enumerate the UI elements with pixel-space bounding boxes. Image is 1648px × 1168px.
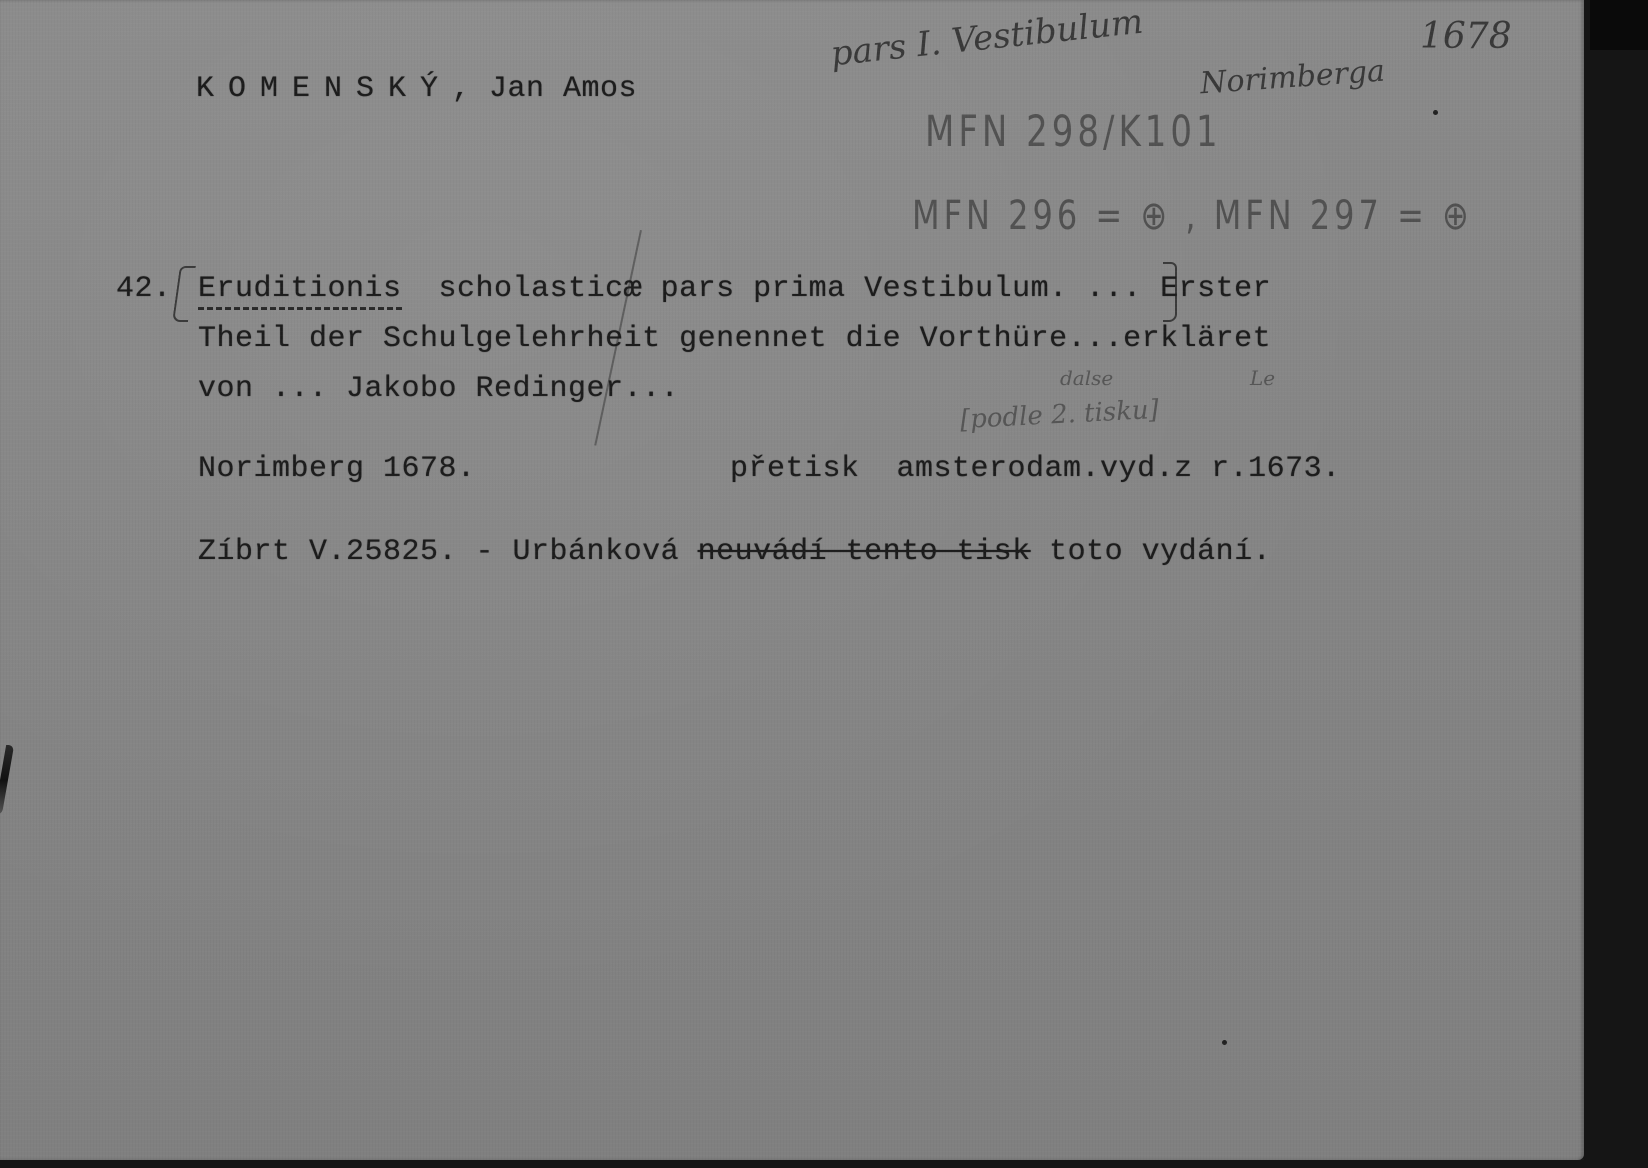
handwritten-open-bracket — [172, 266, 196, 322]
handwritten-interlinear-1: dalse — [1060, 366, 1113, 390]
title-line-1: Eruditionis scholasticæ pars prima Vesti… — [198, 272, 1271, 306]
reprint-note: přetisk amsterodam.vyd.z r.1673. — [730, 452, 1341, 486]
ink-speck — [1222, 1040, 1227, 1045]
handwritten-mfn-related: MFN 296 = ⊕ , MFN 297 = ⊕ — [912, 191, 1473, 239]
catalog-card: KOMENSKÝ, Jan Amos 42. Eruditionis schol… — [0, 0, 1584, 1160]
title-first-word: Eruditionis — [198, 272, 402, 310]
ink-speck — [1433, 110, 1438, 115]
handwritten-mfn-primary: MFN 298/K101 — [925, 107, 1222, 157]
handwritten-top-title: pars I. Vestibulum — [829, 2, 1145, 75]
bibliography-note-prefix: Zíbrt V.25825. - Urbánková — [198, 535, 698, 569]
bibliography-note-suffix: toto vydání. — [1031, 535, 1272, 569]
title-line-2: Theil der Schulgelehrheit genennet die V… — [198, 322, 1271, 356]
imprint: Norimberg 1678. — [198, 452, 476, 486]
author-heading: KOMENSKÝ, Jan Amos — [196, 72, 637, 106]
bibliography-note-struck: neuvádí tento tisk — [698, 535, 1031, 569]
handwritten-bracket-note: [podle 2. tisku] — [959, 395, 1159, 435]
author-surname: KOMENSKÝ — [196, 72, 452, 106]
author-given-names: , Jan Amos — [452, 72, 637, 106]
bibliography-note: Zíbrt V.25825. - Urbánková neuvádí tento… — [198, 535, 1271, 569]
title-line-1-rest: scholasticæ pars prima Vestibulum. ... E… — [402, 272, 1272, 306]
scanned-catalog-card-image: KOMENSKÝ, Jan Amos 42. Eruditionis schol… — [0, 0, 1648, 1168]
title-line-3: von ... Jakobo Redinger... — [198, 372, 679, 406]
scan-background-edge — [1590, 0, 1648, 50]
entry-number: 42. — [116, 272, 172, 306]
handwritten-place: Norimberga — [1199, 54, 1386, 102]
handwritten-year: 1678 — [1420, 16, 1512, 57]
handwritten-interlinear-2: Le — [1250, 366, 1275, 390]
